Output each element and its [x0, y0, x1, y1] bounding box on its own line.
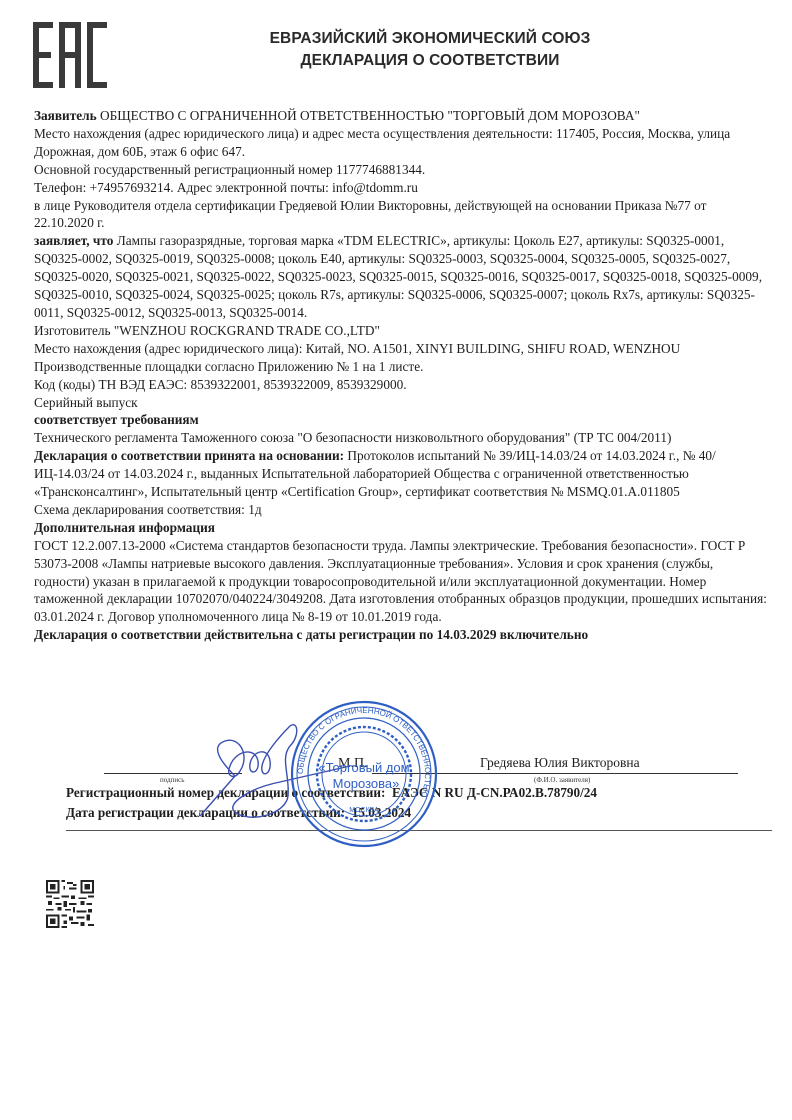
seal-center-line1: «Торговый дом: [318, 760, 409, 775]
conformity-label: соответствует требованиям: [34, 411, 769, 429]
eac-logo: [33, 22, 107, 88]
signer-caption: (Ф.И.О. заявителя): [534, 776, 590, 784]
seal-city: МОСКВА: [349, 807, 379, 814]
validity-statement: Декларация о соответствии действительна …: [34, 626, 769, 644]
basis-paragraph: Декларация о соответствии принята на осн…: [34, 447, 769, 501]
applicant-representative: в лице Руководителя отдела сертификации …: [34, 197, 769, 233]
conformity-text: Технического регламента Таможенного союз…: [34, 429, 769, 447]
applicant-name: ОБЩЕСТВО С ОГРАНИЧЕННОЙ ОТВЕТСТВЕННОСТЬЮ…: [97, 108, 640, 123]
signer-name: Гредяева Юлия Викторовна: [480, 755, 640, 771]
production-sites: Производственные площадки согласно Прило…: [34, 358, 769, 376]
eac-mark-icon: [33, 22, 107, 88]
declaration-body: Заявитель ОБЩЕСТВО С ОГРАНИЧЕННОЙ ОТВЕТС…: [34, 107, 769, 644]
applicant-line: Заявитель ОБЩЕСТВО С ОГРАНИЧЕННОЙ ОТВЕТС…: [34, 107, 769, 125]
manufacturer-address: Место нахождения (адрес юридического лиц…: [34, 340, 769, 358]
release-type: Серийный выпуск: [34, 394, 769, 412]
qr-code-icon[interactable]: [46, 880, 94, 928]
applicant-contacts: Телефон: +74957693214. Адрес электронной…: [34, 179, 769, 197]
manufacturer-name: Изготовитель "WENZHOU ROCKGRAND TRADE CO…: [34, 322, 769, 340]
company-seal: ОБЩЕСТВО С ОГРАНИЧЕННОЙ ОТВЕТСТВЕННОСТЬЮ…: [290, 700, 438, 848]
declares-paragraph: заявляет, что Лампы газоразрядные, торго…: [34, 232, 769, 322]
union-title: ЕВРАЗИЙСКИЙ ЭКОНОМИЧЕСКИЙ СОЮЗ: [150, 28, 710, 50]
applicant-label: Заявитель: [34, 108, 97, 123]
declares-text: Лампы газоразрядные, торговая марка «TDM…: [34, 233, 762, 320]
applicant-ogrn: Основной государственный регистрационный…: [34, 161, 769, 179]
applicant-address: Место нахождения (адрес юридического лиц…: [34, 125, 769, 161]
additional-info-text: ГОСТ 12.2.007.13-2000 «Система стандарто…: [34, 537, 769, 627]
declares-label: заявляет, что: [34, 233, 113, 248]
seal-center-line2: Морозова»: [333, 776, 400, 791]
basis-label: Декларация о соответствии принята на осн…: [34, 448, 344, 463]
document-header: ЕВРАЗИЙСКИЙ ЭКОНОМИЧЕСКИЙ СОЮЗ ДЕКЛАРАЦИ…: [150, 28, 710, 72]
document-title: ДЕКЛАРАЦИЯ О СООТВЕТСТВИИ: [150, 50, 710, 72]
additional-info-label: Дополнительная информация: [34, 519, 769, 537]
hs-codes: Код (коды) ТН ВЭД ЕАЭС: 8539322001, 8539…: [34, 376, 769, 394]
declaration-scheme: Схема декларирования соответствия: 1д: [34, 501, 769, 519]
